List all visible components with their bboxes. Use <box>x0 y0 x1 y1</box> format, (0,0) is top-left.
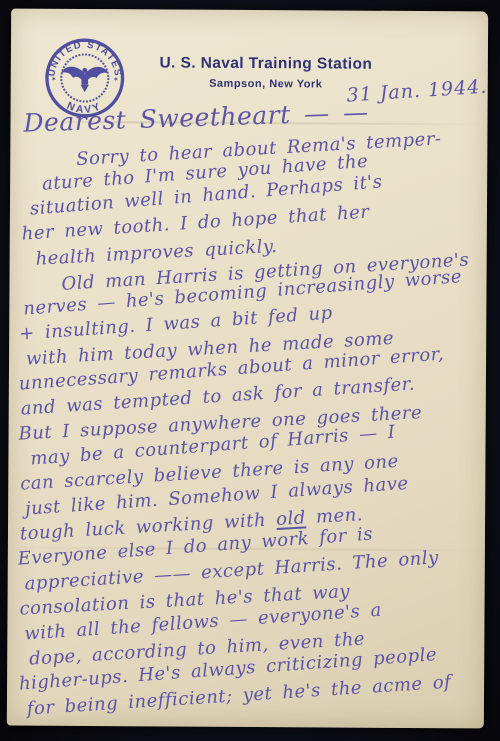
letter-paper: UNITED STATES NAVY ✶ ✶ U. S. Naval Train… <box>7 9 488 729</box>
photo-background: UNITED STATES NAVY ✶ ✶ U. S. Naval Train… <box>0 0 500 741</box>
letterhead-title: U. S. Naval Training Station <box>101 54 431 74</box>
seal-left-star-icon: ✶ <box>51 75 57 83</box>
underlined-word: old <box>276 507 307 530</box>
letter-body: Sorry to hear about Rema's temper-ature … <box>11 9 488 12</box>
